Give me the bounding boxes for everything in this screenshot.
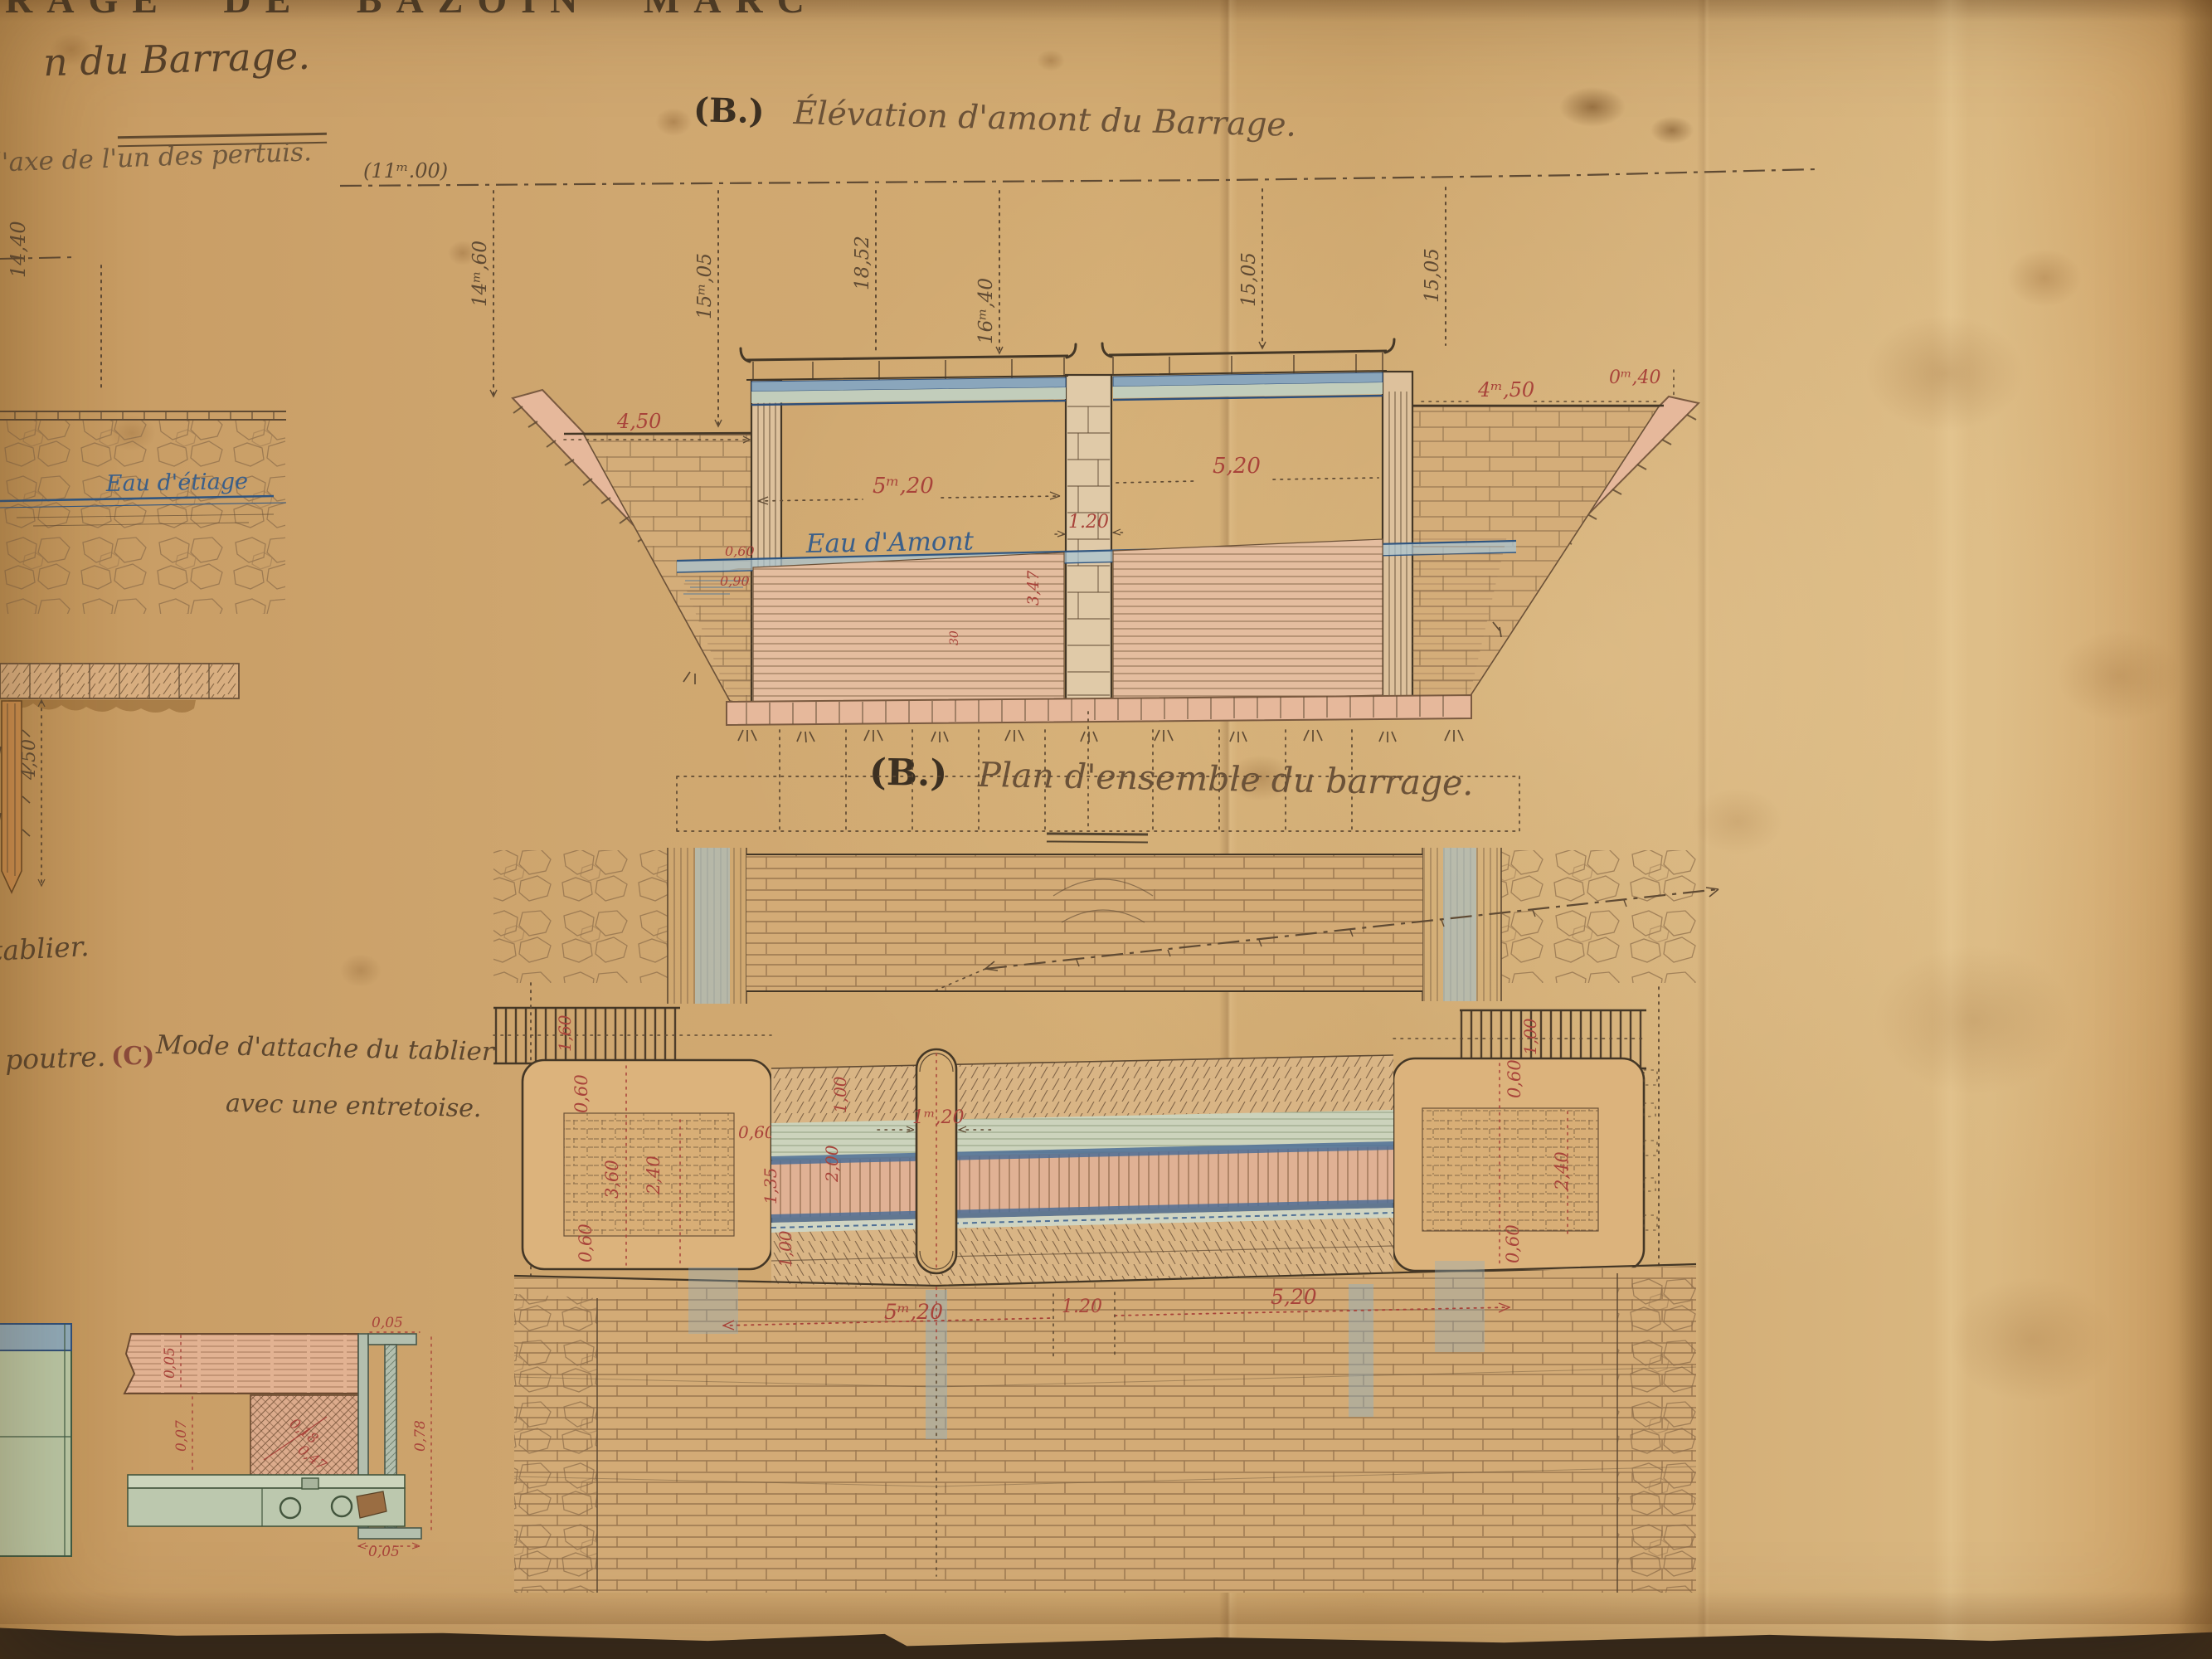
fold-crease [1932, 0, 1969, 1659]
elevation-heading-text: Élévation d'amont du Barrage. [793, 95, 1296, 144]
caption-poutre: poutre. [4, 1040, 106, 1076]
left-abutment: 0,60 3,60 2,40 0,60 0,60 [523, 1060, 775, 1269]
hatched-sill [0, 664, 239, 713]
dim-w2: 0,90 [720, 573, 750, 589]
deck-dim: 1,00 [830, 1076, 850, 1113]
foundation-outline [677, 712, 1519, 831]
plan-drawing: 1,60 1,00 0,60 3,60 2,40 0,60 0,60 [481, 846, 1725, 1609]
drop-label: 14ᵐ,60 [469, 241, 491, 307]
etiage-label: Eau d'étiage [105, 469, 249, 497]
drop-label: 15,05 [1422, 248, 1443, 303]
downstream-rubble-left [514, 1294, 597, 1593]
caption-line2: avec une entretoise. [226, 1089, 482, 1123]
deck-plank [124, 1334, 358, 1394]
elevation-heading-letter: (B.) [693, 90, 766, 131]
elevation-heading: (B.) Élévation d'amont du Barrage. [693, 90, 1297, 144]
dim-left-wall: 4,50 [616, 410, 661, 433]
drop-label: 14,40 [7, 221, 30, 278]
abut-dim: 0,60 [576, 1224, 596, 1262]
deck-dim: 1,35 [761, 1167, 780, 1204]
right-channel [1422, 848, 1501, 1001]
dim-pier-depth: 3,47 [1024, 570, 1043, 606]
caption-letter-c: (C) [111, 1042, 154, 1071]
elevation-drawing: (11ᵐ.00) 14ᵐ,60 15ᵐ,05 18,52 16ᵐ,40 15,0… [315, 158, 1808, 846]
dim-sill: 30 [948, 630, 961, 645]
stain [655, 108, 692, 136]
abut-dim: 0,60 [571, 1074, 591, 1113]
abut-dim: 2,40 [644, 1155, 664, 1195]
left-section-drawing: 14,40 Eau d'étiage 4,50 [0, 166, 299, 896]
downstream-apron: 5ᵐ,20 1.20 5,20 [514, 1261, 1696, 1593]
stain [1650, 116, 1694, 144]
apron-dim-right: 5,20 [1271, 1285, 1317, 1309]
stain [1559, 87, 1626, 127]
right-abutment: 0,60 0,60 2,40 0,60 [1350, 1058, 1657, 1271]
dim-top: 0,05 [372, 1315, 403, 1331]
dim-w1: 0,60 [725, 543, 755, 559]
entretoise-bar [128, 1475, 405, 1526]
dim-pier: 1.20 [1068, 512, 1109, 533]
datum-label: (11ᵐ.00) [363, 159, 448, 182]
rubble-wall [0, 411, 286, 614]
drop-label: 15,05 [1238, 252, 1260, 307]
drop-label: 16ᵐ,40 [975, 278, 997, 344]
dim-right-wall: 4ᵐ,50 [1477, 378, 1534, 401]
right-pier [1383, 372, 1412, 700]
timber-post: 4,50 [0, 700, 45, 893]
abut-dim: 3,60 [602, 1160, 622, 1199]
detail-drawing: 0,18 0,47 0,05 0,07 0,05 [91, 1286, 473, 1593]
drawing-sheet: RAGE DE BAZOIN MARC n du Barrage. l'axe … [0, 0, 2212, 1659]
central-pier [1066, 375, 1111, 707]
stain [1949, 1277, 2115, 1402]
title-block-cropped: RAGE DE BAZOIN MARC [5, 0, 1083, 25]
abut-dim: 0,60 [1503, 1224, 1523, 1263]
stain [2057, 630, 2181, 722]
left-railing: 1,60 [493, 1008, 771, 1063]
paper-edge-shadow [2178, 0, 2212, 1659]
datum-line [340, 169, 1816, 186]
stain [1874, 946, 2073, 1095]
paper-bottom-shadow [0, 1591, 2212, 1624]
spacer-block: 0,18 0,47 [250, 1395, 358, 1477]
deck-dim: 2,00 [822, 1145, 842, 1183]
water-label: Eau d'Amont [805, 526, 975, 559]
upstream-rubble-left [493, 850, 668, 983]
upstream-rubble-right [1501, 850, 1696, 983]
stain [2007, 249, 2082, 307]
abut-dim: 2,40 [1552, 1151, 1572, 1191]
dim-bay-left: 5ᵐ,20 [873, 474, 934, 499]
downstream-rubble-right [1617, 1269, 1696, 1593]
dim-right-top: 0ᵐ,40 [1609, 367, 1660, 388]
abut-dim: 0,60 [738, 1122, 775, 1142]
stain [340, 954, 382, 987]
title-fragment: RAGE DE BAZOIN MARC [5, 0, 819, 22]
dim-gap: 0,07 [173, 1420, 190, 1452]
pier-dim: 1ᵐ,20 [912, 1107, 964, 1128]
drop-label: 15ᵐ,05 [694, 253, 716, 319]
apron-dim-center: 1.20 [1062, 1297, 1102, 1317]
left-channel [668, 848, 746, 1004]
rail-dim: 1,60 [555, 1014, 575, 1052]
drop-label: 18,52 [852, 236, 873, 290]
upstream-wall-band [746, 854, 1422, 991]
dim-plank: 0,05 [162, 1347, 178, 1379]
post-dim: 4,50 [19, 739, 40, 781]
caption-line1: Mode d'attache du tablier [156, 1030, 494, 1068]
right-gate [1113, 539, 1383, 702]
left-gate [753, 552, 1064, 705]
apron-dim-left: 5ᵐ,20 [884, 1300, 943, 1324]
bottom-left-partial [0, 1311, 91, 1568]
stain [1866, 315, 2024, 431]
abut-dim: 0,60 [1505, 1059, 1524, 1098]
dim-beam: 0,78 [412, 1420, 429, 1452]
rail-dim: 1,00 [1520, 1018, 1540, 1055]
sheet-subtitle: n du Barrage. [42, 33, 310, 85]
caption-tablier: tablier. [0, 930, 90, 967]
deck-dim: 1,00 [775, 1230, 795, 1267]
stain [1037, 50, 1065, 71]
dim-bay-right: 5,20 [1213, 454, 1261, 479]
